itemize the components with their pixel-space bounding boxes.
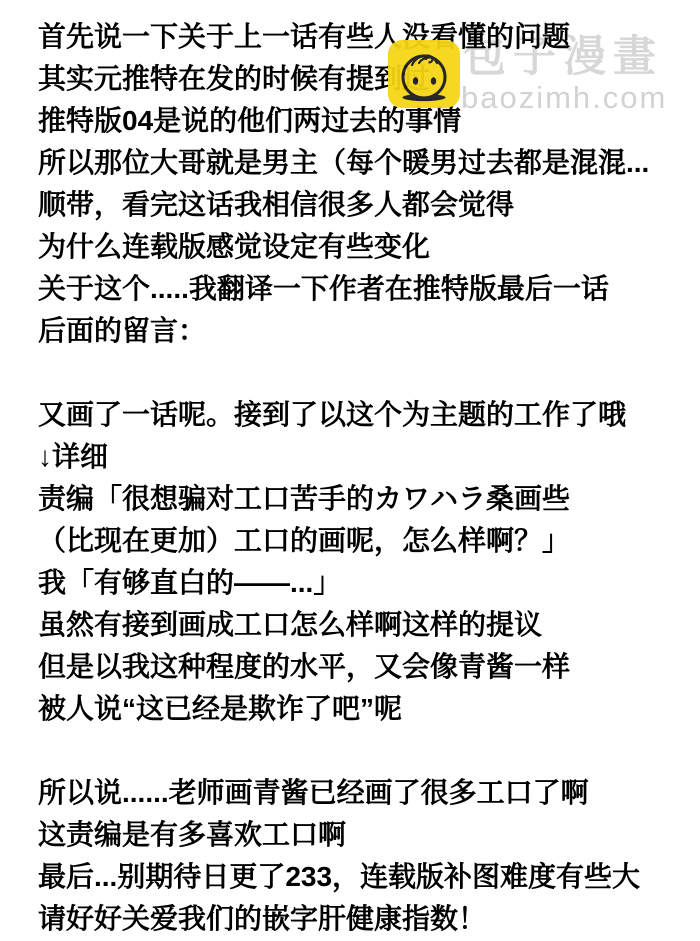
text-line: 被人说“这已经是欺诈了吧”呢 bbox=[38, 688, 678, 730]
text-line: 虽然有接到画成工口怎么样啊这样的提议 bbox=[38, 604, 678, 646]
paragraph-3: 所以说......老师画青酱已经画了很多工口了啊 这责编是有多喜欢工口啊 最后.… bbox=[38, 772, 678, 940]
text-line: 后面的留言： bbox=[38, 310, 678, 352]
text-line: 请好好关爱我们的嵌字肝健康指数！ bbox=[38, 898, 678, 940]
text-line: 又画了一话呢。接到了以这个为主题的工作了哦 bbox=[38, 394, 678, 436]
text-line: ↓详细 bbox=[38, 436, 678, 478]
text-line: 这责编是有多喜欢工口啊 bbox=[38, 814, 678, 856]
text-line: 首先说一下关于上一话有些人没看懂的问题 bbox=[38, 16, 678, 58]
text-line: 推特版04是说的他们两过去的事情 bbox=[38, 100, 678, 142]
baozi-bun-icon bbox=[388, 40, 460, 108]
text-line: 责编「很想骗对工口苦手的カワハラ桑画些 bbox=[38, 478, 678, 520]
text-line: 最后...别期待日更了233，连载版补图难度有些大 bbox=[38, 856, 678, 898]
text-line: 关于这个.....我翻译一下作者在推特版最后一话 bbox=[38, 268, 678, 310]
text-line: 但是以我这种程度的水平，又会像青酱一样 bbox=[38, 646, 678, 688]
text-line: 我「有够直白的——...」 bbox=[38, 562, 678, 604]
text-line: 所以说......老师画青酱已经画了很多工口了啊 bbox=[38, 772, 678, 814]
paragraph-2: 又画了一话呢。接到了以这个为主题的工作了哦 ↓详细 责编「很想骗对工口苦手的カワ… bbox=[38, 394, 678, 730]
translator-note-page: 包子漫畫 baozimh.com 首先说一下关于上一话有些人没看懂的问题 其实元 bbox=[0, 0, 700, 941]
text-line: 所以那位大哥就是男主（每个暖男过去都是混混... bbox=[38, 142, 678, 184]
text-line: 为什么连载版感觉设定有些变化 bbox=[38, 226, 678, 268]
text-line: 顺带，看完这话我相信很多人都会觉得 bbox=[38, 184, 678, 226]
paragraph-1: 首先说一下关于上一话有些人没看懂的问题 其实元推特在发的时候有提到过 推特版04… bbox=[38, 16, 678, 352]
note-text-block: 首先说一下关于上一话有些人没看懂的问题 其实元推特在发的时候有提到过 推特版04… bbox=[38, 16, 678, 940]
text-line: （比现在更加）工口的画呢，怎么样啊？」 bbox=[38, 520, 678, 562]
text-line: 其实元推特在发的时候有提到过 bbox=[38, 58, 678, 100]
